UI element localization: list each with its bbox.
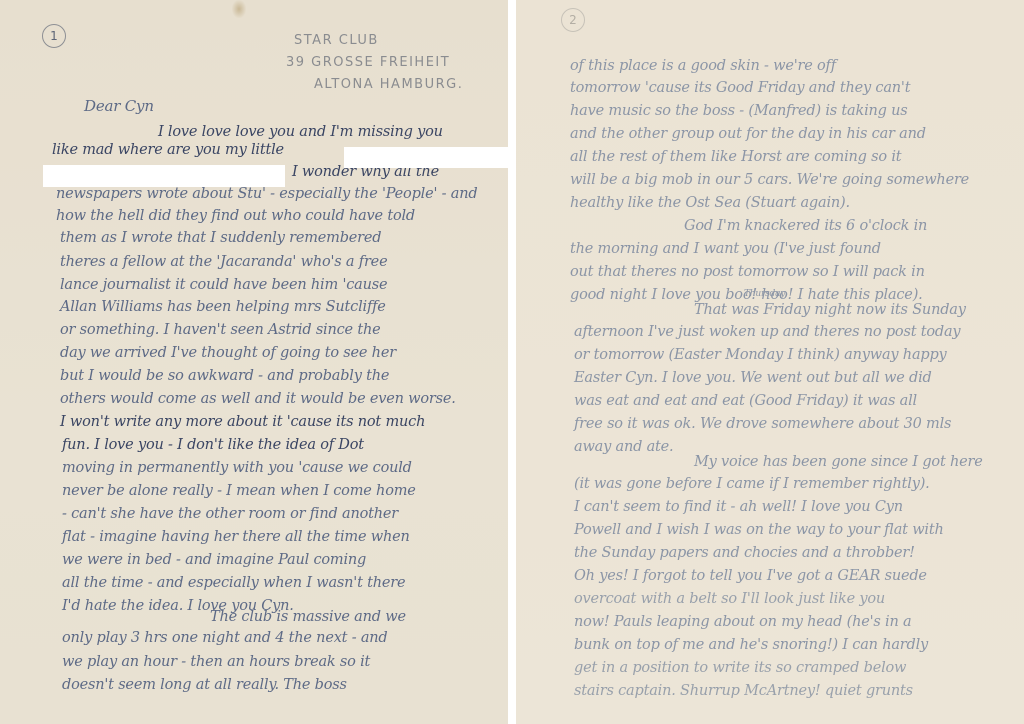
- letter-line: My voice has been gone since I got here: [694, 454, 983, 470]
- letter-line: fun. I love you - I don't like the idea …: [62, 437, 364, 453]
- page-number-circle: 2: [561, 8, 585, 32]
- letter-line: the Sunday papers and chocies and a thro…: [574, 545, 915, 561]
- letter-line: will be a big mob in our 5 cars. We're g…: [570, 172, 969, 188]
- letter-line: away and ate.: [574, 439, 673, 455]
- letter-line: get in a position to write its so crampe…: [574, 660, 906, 676]
- letterhead-address: STAR CLUB 39 GROSSE FREIHEIT ALTONA HAMB…: [286, 30, 506, 96]
- letter-page-1: 1 STAR CLUB 39 GROSSE FREIHEIT ALTONA HA…: [0, 0, 508, 724]
- letter-line: healthy like the Ost Sea (Stuart again).: [570, 195, 850, 211]
- letter-line: how the hell did they find out who could…: [56, 208, 415, 224]
- letter-line: of this place is a good skin - we're off: [570, 58, 836, 74]
- letter-line: God I'm knackered its 6 o'clock in: [684, 218, 927, 234]
- letter-line: or something. I haven't seen Astrid sinc…: [60, 322, 381, 338]
- letter-line: tomorrow 'cause its Good Friday and they…: [570, 80, 910, 96]
- letter-line: day we arrived I've thought of going to …: [60, 345, 396, 361]
- redaction-box: [344, 147, 508, 168]
- letter-line: all the rest of them like Horst are comi…: [570, 149, 901, 165]
- letter-line: others would come as well and it would b…: [60, 391, 456, 407]
- letter-line: Oh yes! I forgot to tell you I've got a …: [574, 568, 927, 584]
- letter-line: Powell and I wish I was on the way to yo…: [574, 522, 944, 538]
- letter-line: have music so the boss - (Manfred) is ta…: [570, 103, 908, 119]
- letter-line: - can't she have the other room or find …: [62, 506, 398, 522]
- letter-line: all the time - and especially when I was…: [62, 575, 405, 591]
- letter-line: was eat and eat and eat (Good Friday) it…: [574, 393, 917, 409]
- letter-line: The club is massive and we: [210, 609, 406, 625]
- letter-line: lance journalist it could have been him …: [60, 277, 387, 293]
- letter-line: overcoat with a belt so I'll look just l…: [574, 591, 885, 607]
- letter-line: free so it was ok. We drove somewhere ab…: [574, 416, 951, 432]
- redaction-box: [43, 165, 285, 187]
- letter-line: Easter Cyn. I love you. We went out but …: [574, 370, 932, 386]
- letter-line: out that theres no post tomorrow so I wi…: [570, 264, 925, 280]
- letter-line: the morning and I want you (I've just fo…: [570, 241, 881, 257]
- salutation: Dear Cyn: [84, 97, 154, 115]
- letter-line: theres a fellow at the 'Jacaranda' who's…: [60, 254, 387, 270]
- letter-line: but I would be so awkward - and probably…: [60, 368, 389, 384]
- address-line: 39 GROSSE FREIHEIT: [286, 52, 506, 74]
- letter-line: now! Pauls leaping about on my head (he'…: [574, 614, 911, 630]
- letter-line: I won't write any more about it 'cause i…: [60, 414, 425, 430]
- letter-line: never be alone really - I mean when I co…: [62, 483, 416, 499]
- letter-line: (it was gone before I came if I remember…: [574, 476, 930, 492]
- letter-line: and the other group out for the day in h…: [570, 126, 926, 142]
- letter-line: like mad where are you my little: [52, 142, 284, 158]
- letter-line: doesn't seem long at all really. The bos…: [62, 677, 347, 693]
- letter-line: moving in permanently with you 'cause we…: [62, 460, 412, 476]
- paper-stain: [232, 0, 246, 18]
- page-number-circle: 1: [42, 24, 66, 48]
- letter-line: I can't seem to find it - ah well! I lov…: [574, 499, 903, 515]
- letter-line: Allan Williams has been helping mrs Sutc…: [60, 299, 386, 315]
- letter-line: we were in bed - and imagine Paul coming: [62, 552, 366, 568]
- letter-line: or tomorrow (Easter Monday I think) anyw…: [574, 347, 947, 363]
- letter-line: flat - imagine having her there all the …: [62, 529, 410, 545]
- page-gutter: [508, 0, 516, 724]
- letter-line: them as I wrote that I suddenly remember…: [60, 230, 381, 246]
- letter-line: newspapers wrote about Stu' - especially…: [56, 186, 477, 202]
- letter-line: stairs captain. Shurrup McArtney! quiet …: [574, 683, 913, 699]
- letter-line: I love love love you and I'm missing you: [158, 124, 443, 140]
- letter-line: That was Friday night now its Sunday: [694, 302, 966, 318]
- letter-page-2: 2 of this place is a good skin - we're o…: [516, 0, 1024, 724]
- letter-line: only play 3 hrs one night and 4 the next…: [62, 630, 388, 646]
- margin-annotation: Thursday: [744, 289, 785, 299]
- letter-line: bunk on top of me and he's snoring!) I c…: [574, 637, 928, 653]
- letter-line: we play an hour - then an hours break so…: [62, 654, 370, 670]
- letter-line: afternoon I've just woken up and theres …: [574, 324, 960, 340]
- address-line: ALTONA HAMBURG.: [286, 74, 506, 96]
- address-line: STAR CLUB: [286, 30, 506, 52]
